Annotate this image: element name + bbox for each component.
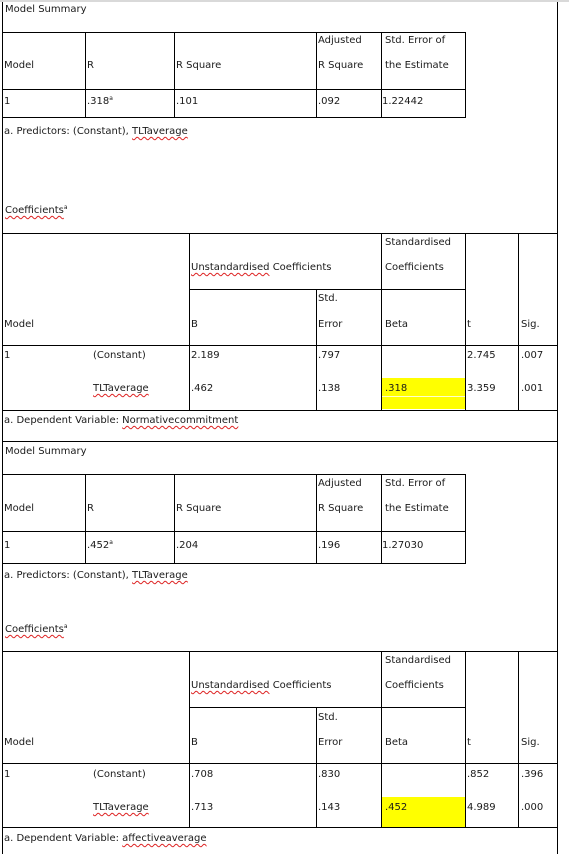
cell-beta: .452 (385, 802, 407, 814)
header-model: Model (4, 503, 34, 515)
cell-predictor: TLTaverage (93, 802, 149, 814)
table-border (85, 32, 86, 118)
cell-model: 1 (4, 540, 10, 552)
cell-t: .852 (467, 769, 489, 781)
header-adjusted: Adjusted (318, 35, 362, 47)
table-border (465, 32, 466, 118)
header-std-error: Std. Error of (385, 35, 445, 47)
header-unstandardised: Unstandardised Coefficients (191, 680, 332, 692)
header-adjusted: Adjusted (318, 478, 362, 490)
cell-sig: .007 (521, 350, 543, 362)
header-std-error: Std. Error of (385, 478, 445, 490)
cell-std-error: .830 (318, 769, 340, 781)
table-border (465, 651, 466, 827)
table-border (316, 32, 317, 118)
predictors-footnote: a. Predictors: (Constant), TLTaverage (4, 570, 188, 582)
cell-sig: .000 (521, 802, 543, 814)
coefficients-title-text: Coefficients (5, 624, 64, 635)
footnote-prefix: a. Predictors: (Constant), (4, 570, 132, 581)
footnote-variable: affectiveaverage (122, 833, 206, 844)
cell-b: .708 (191, 769, 213, 781)
table-border (189, 707, 466, 708)
table-border (316, 289, 317, 410)
model-summary-title: Model Summary (5, 4, 87, 16)
r-value: .452 (87, 540, 109, 551)
header-r-square: R Square (176, 503, 221, 515)
cell-adjusted-r-square: .092 (318, 96, 340, 108)
cell-b: 2.189 (191, 350, 220, 362)
dependent-variable-footnote: a. Dependent Variable: Normativecommitme… (4, 415, 238, 427)
header-b: B (191, 737, 198, 749)
model-summary-title: Model Summary (5, 446, 87, 458)
header-r: R (87, 503, 94, 515)
coefficients-title: Coefficientsa (5, 205, 68, 217)
unstandardised-rest: Coefficients (270, 262, 332, 273)
cell-predictor: TLTaverage (93, 383, 149, 395)
cell-model: 1 (4, 350, 10, 362)
footnote-prefix: a. Dependent Variable: (4, 833, 122, 844)
table-border (465, 233, 466, 410)
table-border (2, 651, 557, 652)
table-border (2, 827, 557, 828)
cell-r-square: .204 (176, 540, 198, 552)
cell-model: 1 (4, 769, 10, 781)
header-unstandardised: Unstandardised Coefficients (191, 262, 332, 274)
header-std: Std. (318, 712, 338, 724)
header-standardised-coefficients: Coefficients (385, 680, 444, 692)
header-beta: Beta (385, 319, 408, 331)
table-border (85, 474, 86, 564)
table-border (2, 763, 557, 764)
cell-r: .452a (87, 540, 113, 552)
cell-std-error: 1.22442 (382, 96, 423, 108)
cell-t: 4.989 (467, 802, 496, 814)
cell-sig: .396 (521, 769, 543, 781)
r-value: .318 (87, 96, 109, 107)
footnote-prefix: a. Predictors: (Constant), (4, 126, 132, 137)
footnote-marker: a (64, 623, 68, 630)
header-sig: Sig. (521, 737, 540, 749)
coefficients-title-text: Coefficients (5, 205, 64, 216)
highlight-divider (382, 396, 465, 397)
cell-std-error: .797 (318, 350, 340, 362)
dependent-variable-footnote: a. Dependent Variable: affectiveaverage (4, 833, 207, 845)
cell-beta: .318 (385, 383, 407, 395)
predictors-footnote: a. Predictors: (Constant), TLTaverage (4, 126, 188, 138)
table-border (189, 233, 190, 410)
table-border (189, 289, 466, 290)
cell-t: 3.359 (467, 383, 496, 395)
cell-adjusted-r-square: .196 (318, 540, 340, 552)
regression-output-normative: Model Summary Model R R Square Adjusted … (0, 0, 569, 442)
header-error: Error (318, 319, 342, 331)
regression-output-affective: Model Summary Model R R Square Adjusted … (0, 442, 569, 854)
table-border (2, 410, 557, 411)
header-r: R (87, 60, 94, 72)
table-border (189, 651, 190, 827)
unstandardised-word: Unstandardised (191, 680, 270, 691)
cell-std-error: 1.27030 (382, 540, 423, 552)
header-model: Model (4, 60, 34, 72)
cell-model: 1 (4, 96, 10, 108)
table-border (2, 89, 466, 90)
cell-r: .318a (87, 96, 113, 108)
header-error: Error (318, 737, 342, 749)
header-model: Model (4, 737, 34, 749)
footnote-marker: a (64, 204, 68, 211)
header-t: t (467, 737, 471, 749)
header-standardised: Standardised (385, 655, 451, 667)
cell-r-square: .101 (176, 96, 198, 108)
table-border (174, 474, 175, 564)
table-border (2, 474, 466, 475)
table-border (2, 117, 466, 118)
coefficients-title: Coefficientsa (5, 624, 68, 636)
unstandardised-rest: Coefficients (270, 680, 332, 691)
cell-predictor: (Constant) (93, 350, 146, 362)
footnote-prefix: a. Dependent Variable: (4, 415, 122, 426)
header-beta: Beta (385, 737, 408, 749)
footnote-marker: a (109, 95, 113, 102)
header-adjusted-r-square: R Square (318, 60, 363, 72)
header-b: B (191, 319, 198, 331)
header-t: t (467, 319, 471, 331)
footnote-marker: a (109, 539, 113, 546)
cell-std-error: .138 (318, 383, 340, 395)
table-border (174, 32, 175, 118)
cell-predictor: (Constant) (93, 769, 146, 781)
footnote-variable: Normativecommitment (122, 415, 238, 426)
footnote-variable: TLTaverage (132, 570, 188, 581)
table-border (316, 474, 317, 564)
header-r-square: R Square (176, 60, 221, 72)
table-border (2, 345, 557, 346)
header-standardised-coefficients: Coefficients (385, 262, 444, 274)
header-adjusted-r-square: R Square (318, 503, 363, 515)
header-std: Std. (318, 293, 338, 305)
cell-sig: .001 (521, 383, 543, 395)
header-sig: Sig. (521, 319, 540, 331)
table-border (2, 531, 466, 532)
table-border (2, 233, 557, 234)
cell-std-error: .143 (318, 802, 340, 814)
header-std-error-estimate: the Estimate (385, 503, 449, 515)
table-border (465, 474, 466, 564)
header-standardised: Standardised (385, 237, 451, 249)
unstandardised-word: Unstandardised (191, 262, 270, 273)
cell-b: .462 (191, 383, 213, 395)
cell-t: 2.745 (467, 350, 496, 362)
table-border (518, 651, 519, 827)
table-border (518, 233, 519, 410)
header-std-error-estimate: the Estimate (385, 60, 449, 72)
cell-b: .713 (191, 802, 213, 814)
header-model: Model (4, 319, 34, 331)
table-border (2, 563, 466, 564)
table-border (316, 707, 317, 827)
table-border (2, 32, 466, 33)
footnote-variable: TLTaverage (132, 126, 188, 137)
